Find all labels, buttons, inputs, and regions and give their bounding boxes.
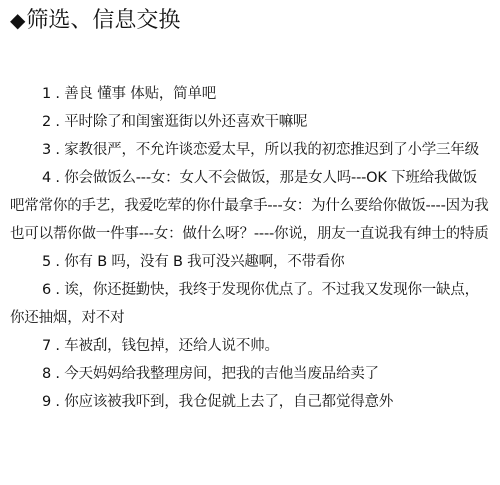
diamond-bullet-icon: ◆ <box>10 8 25 32</box>
section-title-text: 筛选、信息交换 <box>26 8 180 33</box>
document-body: 1 . 善良 懂事 体贴，简单吧 2 . 平时除了和闺蜜逛街以外还喜欢干嘛呢 3… <box>10 80 490 416</box>
list-item: 3 . 家教很严，不允许谈恋爱太早，所以我的初恋推迟到了小学三年级 <box>10 136 490 164</box>
list-item: 7 . 车被刮，钱包掉，还给人说不帅。 <box>10 332 490 360</box>
list-item: 2 . 平时除了和闺蜜逛街以外还喜欢干嘛呢 <box>10 108 490 136</box>
list-item: 6 . 诶，你还挺勤快，我终于发现你优点了。不过我又发现你一缺点，你还抽烟，对不… <box>10 276 490 332</box>
list-item: 5 . 你有 B 吗，没有 B 我可没兴趣啊，不带看你 <box>10 248 490 276</box>
list-item: 9 . 你应该被我吓到，我仓促就上去了，自己都觉得意外 <box>10 388 490 416</box>
list-item: 4 . 你会做饭么---女：女人不会做饭，那是女人吗---OK 下班给我做饭吧常… <box>10 164 490 248</box>
section-title: ◆筛选、信息交换 <box>10 6 180 35</box>
list-item: 8 . 今天妈妈给我整理房间，把我的吉他当废品给卖了 <box>10 360 490 388</box>
list-item: 1 . 善良 懂事 体贴，简单吧 <box>10 80 490 108</box>
